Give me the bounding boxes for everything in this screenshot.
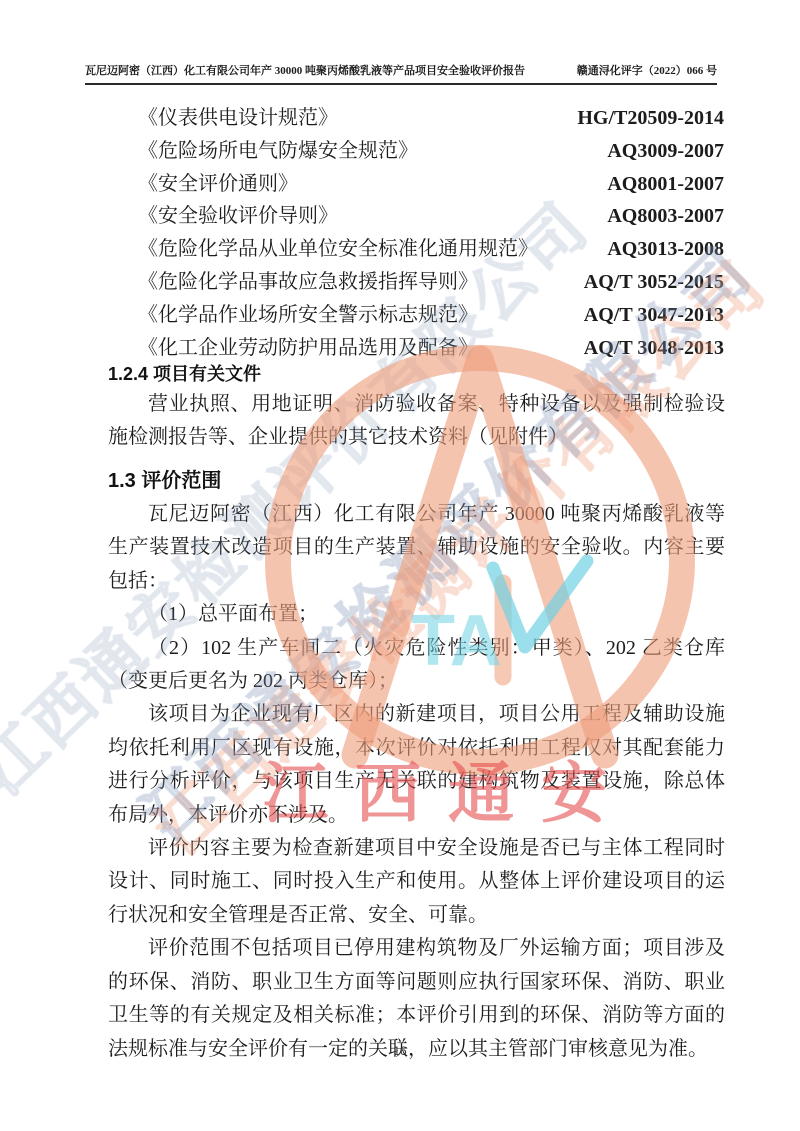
standard-code: AQ8001-2007 [607,173,724,196]
standard-row: 《安全评价通则》 AQ8001-2007 [108,167,724,200]
standard-code: HG/T20509-2014 [577,107,724,130]
paragraph: 评价内容主要为检查新建项目中安全设施是否已与主体工程同时设计、同时施工、同时投入… [108,832,725,932]
paragraph: 营业执照、用地证明、消防验收备案、特种设备以及强制检验设施检测报告等、企业提供的… [108,388,725,455]
standard-row: 《安全验收评价导则》 AQ8003-2007 [108,199,724,232]
paragraph: （1）总平面布置； [108,598,725,631]
page-number: 16 [0,1044,800,1058]
standard-code: AQ/T 3052-2015 [584,271,724,294]
standard-row: 《化工企业劳动防护用品选用及配备》 AQ/T 3048-2013 [108,331,724,364]
standard-name: 《危险化学品从业单位安全标准化通用规范》 [108,232,538,261]
standard-row: 《危险场所电气防爆安全规范》 AQ3009-2007 [108,134,724,167]
standard-code: AQ/T 3048-2013 [584,337,724,360]
document-number: 赣通浔化评字（2022）066 号 [577,62,717,78]
paragraph: 该项目为企业现有厂区内的新建项目，项目公用工程及辅助设施均依托利用厂区现有设施，… [108,698,725,832]
standard-name: 《安全评价通则》 [108,167,298,196]
page-header: 瓦尼迈阿密（江西）化工有限公司年产 30000 吨聚丙烯酸乳液等产品项目安全验收… [85,62,717,85]
standard-row: 《危险化学品从业单位安全标准化通用规范》 AQ3013-2008 [108,232,724,265]
standard-name: 《危险化学品事故应急救援指挥导则》 [108,265,478,294]
standard-code: AQ/T 3047-2013 [584,304,724,327]
report-title: 瓦尼迈阿密（江西）化工有限公司年产 30000 吨聚丙烯酸乳液等产品项目安全验收… [85,62,525,78]
section-body-124: 营业执照、用地证明、消防验收备案、特种设备以及强制检验设施检测报告等、企业提供的… [108,388,725,455]
standard-name: 《仪表供电设计规范》 [108,101,338,130]
standard-name: 《化工企业劳动防护用品选用及配备》 [108,331,478,360]
standard-code: AQ3013-2008 [607,238,724,261]
standard-row: 《化学品作业场所安全警示标志规范》 AQ/T 3047-2013 [108,298,724,331]
report-page: 瓦尼迈阿密（江西）化工有限公司年产 30000 吨聚丙烯酸乳液等产品项目安全验收… [0,0,800,1131]
section-body-13: 瓦尼迈阿密（江西）化工有限公司年产 30000 吨聚丙烯酸乳液等生产装置技术改造… [108,498,725,1066]
standard-name: 《化学品作业场所安全警示标志规范》 [108,298,478,327]
standard-code: AQ3009-2007 [607,140,724,163]
paragraph: 瓦尼迈阿密（江西）化工有限公司年产 30000 吨聚丙烯酸乳液等生产装置技术改造… [108,498,725,598]
standard-row: 《危险化学品事故应急救援指挥导则》 AQ/T 3052-2015 [108,265,724,298]
standards-list: 《仪表供电设计规范》 HG/T20509-2014 《危险场所电气防爆安全规范》… [108,101,724,363]
standard-name: 《危险场所电气防爆安全规范》 [108,134,418,163]
section-heading-124: 1.2.4 项目有关文件 [108,360,724,386]
standard-row: 《仪表供电设计规范》 HG/T20509-2014 [108,101,724,134]
paragraph: （2）102 生产车间二（火灾危险性类别：甲类）、202 乙类仓库（变更后更名为… [108,632,725,699]
section-heading-13: 1.3 评价范围 [108,464,724,493]
standard-name: 《安全验收评价导则》 [108,199,338,228]
standard-code: AQ8003-2007 [607,205,724,228]
